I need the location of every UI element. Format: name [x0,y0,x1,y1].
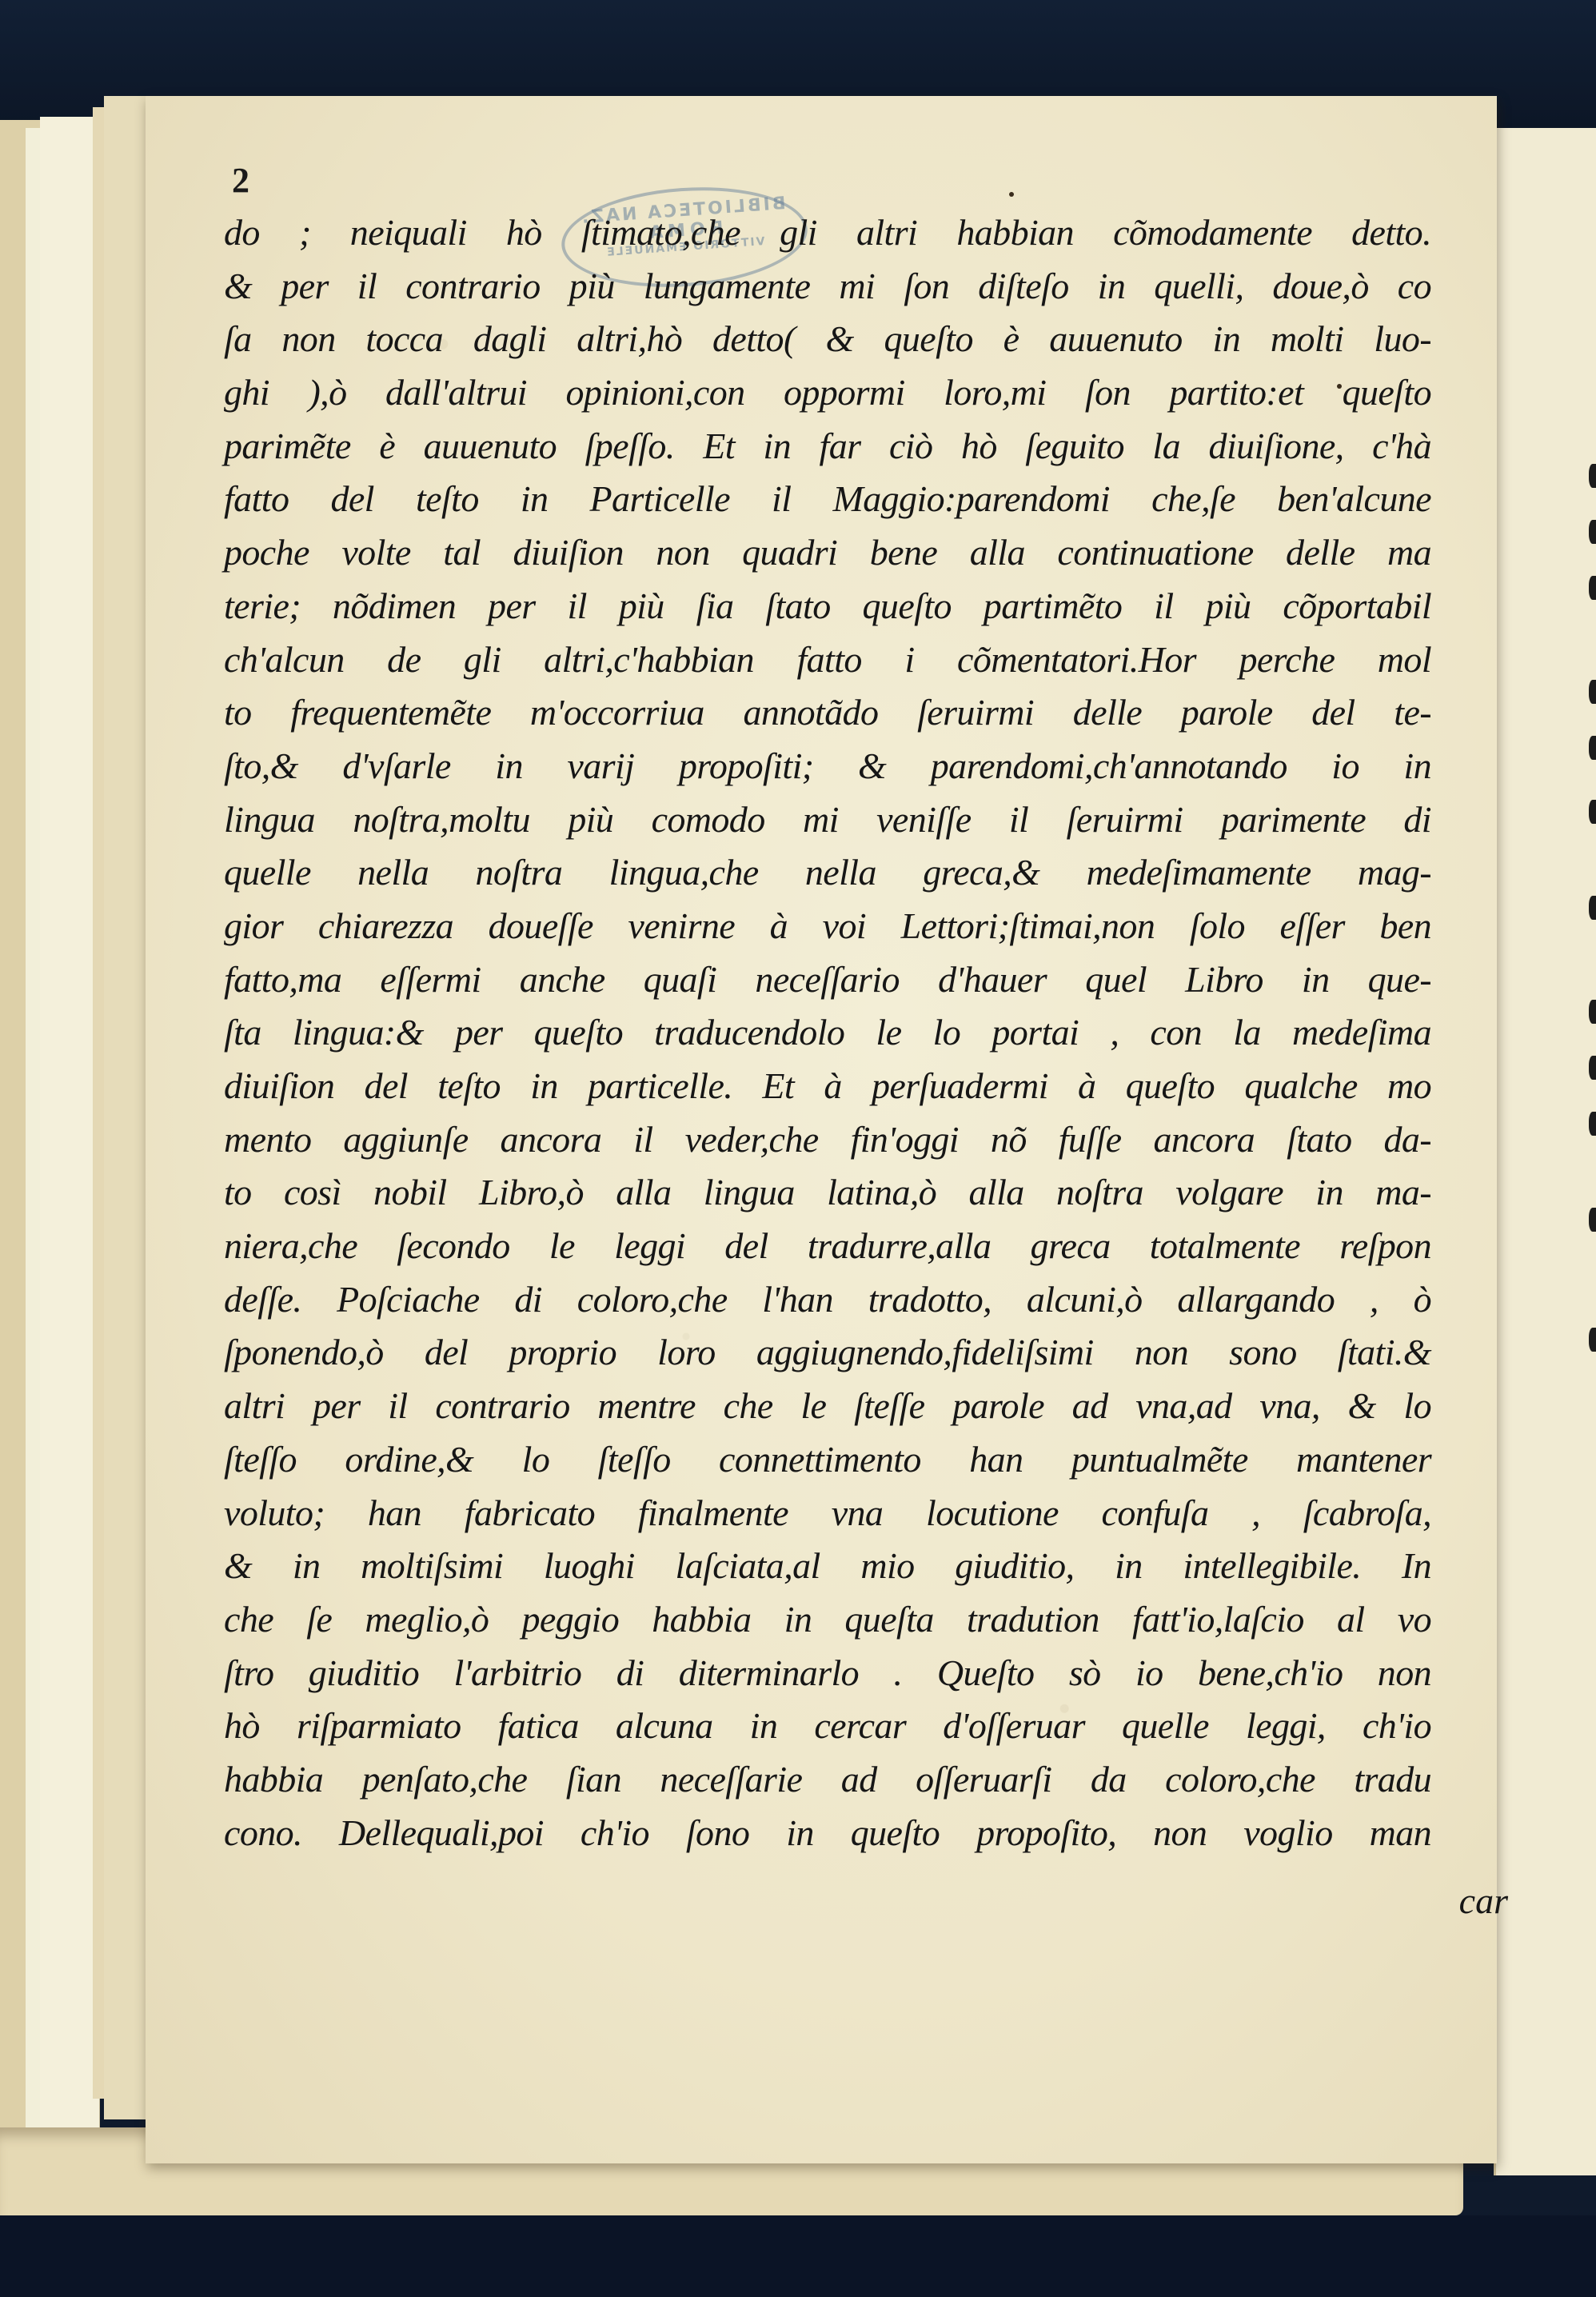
facing-text-fragment [1589,800,1596,824]
text-line: mento aggiunſe ancora il veder,che fin'o… [224,1113,1431,1167]
text-line: fatto del teſto in Particelle il Maggio:… [224,473,1431,526]
dark-background-bottom [0,2215,1596,2297]
facing-text-fragment [1589,1056,1596,1080]
text-line: & per il contrario più lungamente mi ſon… [224,260,1431,314]
text-line: voluto; han fabricato finalmente vna loc… [224,1487,1431,1540]
flyleaf [40,117,100,2156]
text-line: che ſe meglio,ò peggio habbia in queſta … [224,1593,1431,1647]
facing-text-fragment [1589,1112,1596,1136]
text-line: to frequentemẽte m'occorriua annotãdo ſe… [224,686,1431,740]
page-number: 2 [232,160,249,201]
text-line: diuiſion del teſto in particelle. Et à p… [224,1060,1431,1113]
text-line: altri per il contrario mentre che le ſte… [224,1380,1431,1433]
text-line: gior chiarezza doueſſe venirne à voi Let… [224,900,1431,953]
ink-speck [1009,192,1014,197]
text-line: cono. Dellequali,poi ch'io ſono in queſt… [224,1807,1431,1860]
facing-text-fragment [1589,520,1596,544]
text-line: ſtro giuditio l'arbitrio di diterminarlo… [224,1647,1431,1700]
facing-page [1494,128,1596,2175]
text-line: poche volte tal diuiſion non quadri bene… [224,526,1431,580]
text-line: ch'alcun de gli altri,c'habbian fatto i … [224,633,1431,687]
text-line: ſponendo,ò del proprio loro aggiugnendo,… [224,1326,1431,1380]
facing-text-fragment [1589,1328,1596,1352]
flyleaf-strip [26,128,40,2143]
facing-text-fragment [1589,576,1596,600]
page-edge [104,96,146,2119]
facing-text-fragment [1589,736,1596,760]
text-line: terie; nõdimen per il più ſia ſtato queſ… [224,580,1431,633]
catchword: car [1459,1880,1508,1922]
facing-text-fragment [1589,680,1596,704]
text-line: lingua noſtra,moltu più comodo mi veniſſ… [224,793,1431,847]
text-line: & in moltiſsimi luoghi laſciata,al mio g… [224,1540,1431,1593]
text-line: ſa non tocca dagli altri,hò detto( & que… [224,313,1431,366]
text-line: quelle nella noſtra lingua,che nella gre… [224,846,1431,900]
facing-text-fragment [1589,896,1596,920]
text-line: habbia penſato,che ſian neceſſarie ad oſ… [224,1753,1431,1807]
facing-text-fragment [1589,1000,1596,1024]
facing-text-fragment [1589,1208,1596,1232]
facing-text-fragment [1589,464,1596,488]
text-line: ghi ),ò dall'altrui opinioni,con oppormi… [224,366,1431,420]
text-line: ſto,& d'vſarle in varij propoſiti; & par… [224,740,1431,793]
text-line: parimẽte è auuenuto ſpeſſo. Et in far ci… [224,420,1431,473]
text-line: ſteſſo ordine,& lo ſteſſo connettimento … [224,1433,1431,1487]
text-line: deſſe. Poſciache di coloro,che l'han tra… [224,1273,1431,1327]
text-line: fatto,ma eſſermi anche quaſi neceſſario … [224,953,1431,1007]
text-line: niera,che ſecondo le leggi del tradurre,… [224,1220,1431,1273]
body-text: do ; neiquali hò ſtimato,che gli altri h… [224,206,1431,1860]
text-line: ſta lingua:& per queſto traducendolo le … [224,1006,1431,1060]
text-line: hò riſparmiato fatica alcuna in cercar d… [224,1700,1431,1753]
text-line: do ; neiquali hò ſtimato,che gli altri h… [224,206,1431,260]
text-line: to così nobil Libro,ò alla lingua latina… [224,1166,1431,1220]
